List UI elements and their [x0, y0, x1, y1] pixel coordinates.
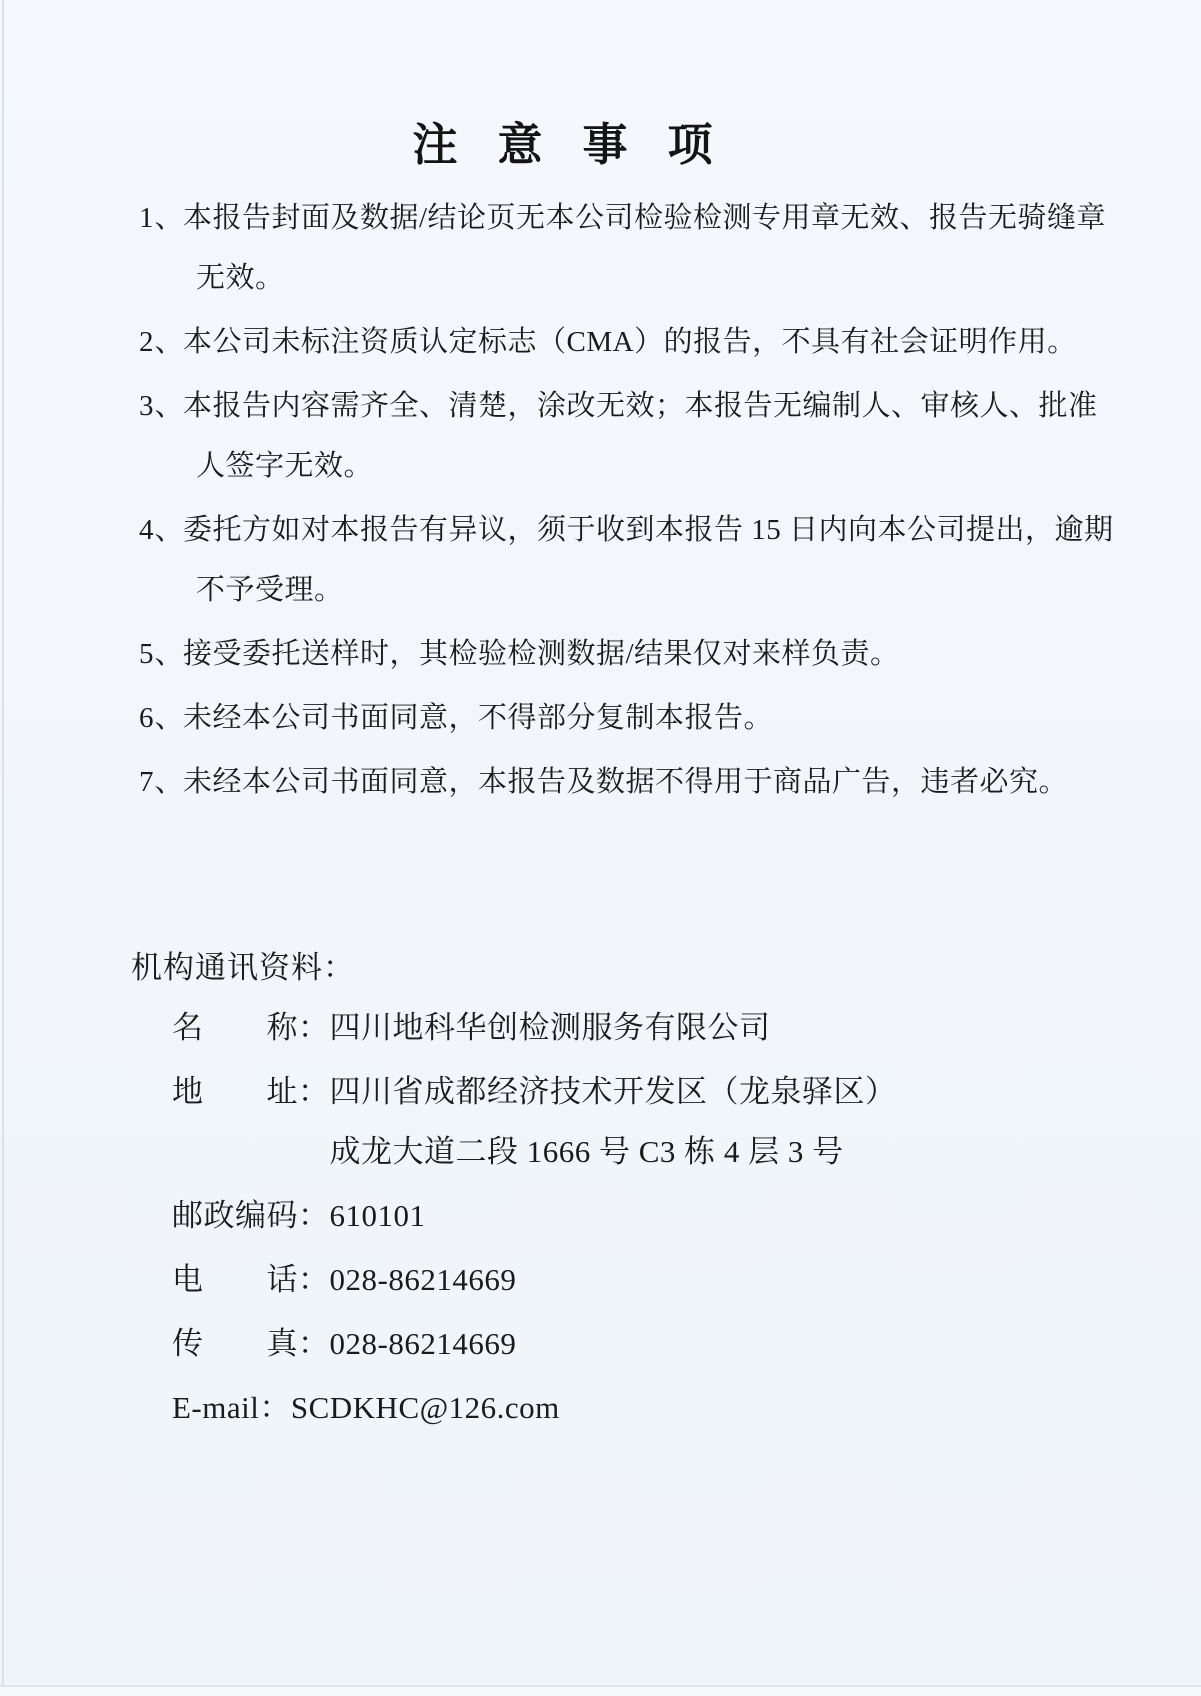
contact-row-postcode: 邮政编码：610101 — [172, 1186, 1201, 1246]
contact-postcode-value: 610101 — [330, 1186, 426, 1246]
notice-item-1: 1、 本报告封面及数据/结论页无本公司检验检测专用章无效、报告无骑缝章 无效。 — [139, 188, 1151, 308]
notice-item-5: 5、 接受委托送样时，其检验检测数据/结果仅对来样负责。 — [139, 624, 1151, 684]
contact-postcode-label: 邮政编码： — [172, 1186, 330, 1246]
notice-text: 本报告封面及数据/结论页无本公司检验检测专用章无效、报告无骑缝章 无效。 — [183, 188, 1106, 308]
notice-item-6: 6、 未经本公司书面同意，不得部分复制本报告。 — [139, 688, 1151, 748]
scan-bottom-edge-strip — [0, 1687, 1201, 1696]
notice-text: 委托方如对本报告有异议，须于收到本报告 15 日内向本公司提出，逾期 不予受理。 — [183, 500, 1114, 620]
notice-number: 5、 — [139, 624, 183, 684]
notice-list: 1、 本报告封面及数据/结论页无本公司检验检测专用章无效、报告无骑缝章 无效。 … — [0, 188, 1201, 812]
contact-email-label: E-mail： — [172, 1378, 291, 1438]
notice-number: 3、 — [139, 376, 183, 496]
contact-address-label: 地 址： — [172, 1062, 330, 1122]
notice-item-4: 4、 委托方如对本报告有异议，须于收到本报告 15 日内向本公司提出，逾期 不予… — [139, 500, 1151, 620]
contact-info-block: 名 称：四川地科华创检测服务有限公司 地 址： 四川省成都经济技术开发区（龙泉驿… — [172, 998, 1201, 1438]
contact-row-fax: 传 真：028-86214669 — [172, 1314, 1201, 1374]
contact-name-value: 四川地科华创检测服务有限公司 — [330, 998, 771, 1058]
contact-section-heading: 机构通讯资料： — [131, 938, 1201, 998]
page-title: 注意事项 — [0, 118, 1165, 172]
notice-item-2: 2、 本公司未标注资质认定标志（CMA）的报告，不具有社会证明作用。 — [139, 312, 1151, 372]
notice-item-7: 7、 未经本公司书面同意，本报告及数据不得用于商品广告，违者必究。 — [139, 752, 1151, 812]
notice-number: 6、 — [139, 688, 183, 748]
notice-text: 接受委托送样时，其检验检测数据/结果仅对来样负责。 — [183, 624, 900, 684]
notice-number: 4、 — [139, 500, 183, 620]
scan-left-edge — [2, 0, 4, 1696]
contact-phone-value: 028-86214669 — [330, 1250, 517, 1310]
contact-row-name: 名 称：四川地科华创检测服务有限公司 — [172, 998, 1201, 1058]
contact-fax-label: 传 真： — [172, 1314, 330, 1374]
contact-fax-value: 028-86214669 — [330, 1314, 517, 1374]
contact-email-value: SCDKHC@126.com — [291, 1378, 560, 1438]
notice-text: 未经本公司书面同意，不得部分复制本报告。 — [183, 688, 773, 748]
contact-row-address: 地 址： 四川省成都经济技术开发区（龙泉驿区） 成龙大道二段 1666 号 C3… — [172, 1062, 1201, 1182]
contact-name-label: 名 称： — [172, 998, 330, 1058]
contact-phone-label: 电 话： — [172, 1250, 330, 1310]
notice-number: 1、 — [139, 188, 183, 308]
notice-number: 2、 — [139, 312, 183, 372]
notice-text: 本公司未标注资质认定标志（CMA）的报告，不具有社会证明作用。 — [183, 312, 1077, 372]
contact-row-email: E-mail：SCDKHC@126.com — [172, 1378, 1201, 1438]
notice-number: 7、 — [139, 752, 183, 812]
scanned-report-notice-page: 注意事项 1、 本报告封面及数据/结论页无本公司检验检测专用章无效、报告无骑缝章… — [0, 0, 1201, 1696]
notice-item-3: 3、 本报告内容需齐全、清楚，涂改无效；本报告无编制人、审核人、批准 人签字无效… — [139, 376, 1151, 496]
notice-text: 未经本公司书面同意，本报告及数据不得用于商品广告，违者必究。 — [183, 752, 1068, 812]
notice-text: 本报告内容需齐全、清楚，涂改无效；本报告无编制人、审核人、批准 人签字无效。 — [183, 376, 1098, 496]
contact-address-value: 四川省成都经济技术开发区（龙泉驿区） 成龙大道二段 1666 号 C3 栋 4 … — [330, 1062, 897, 1182]
contact-row-phone: 电 话：028-86214669 — [172, 1250, 1201, 1310]
